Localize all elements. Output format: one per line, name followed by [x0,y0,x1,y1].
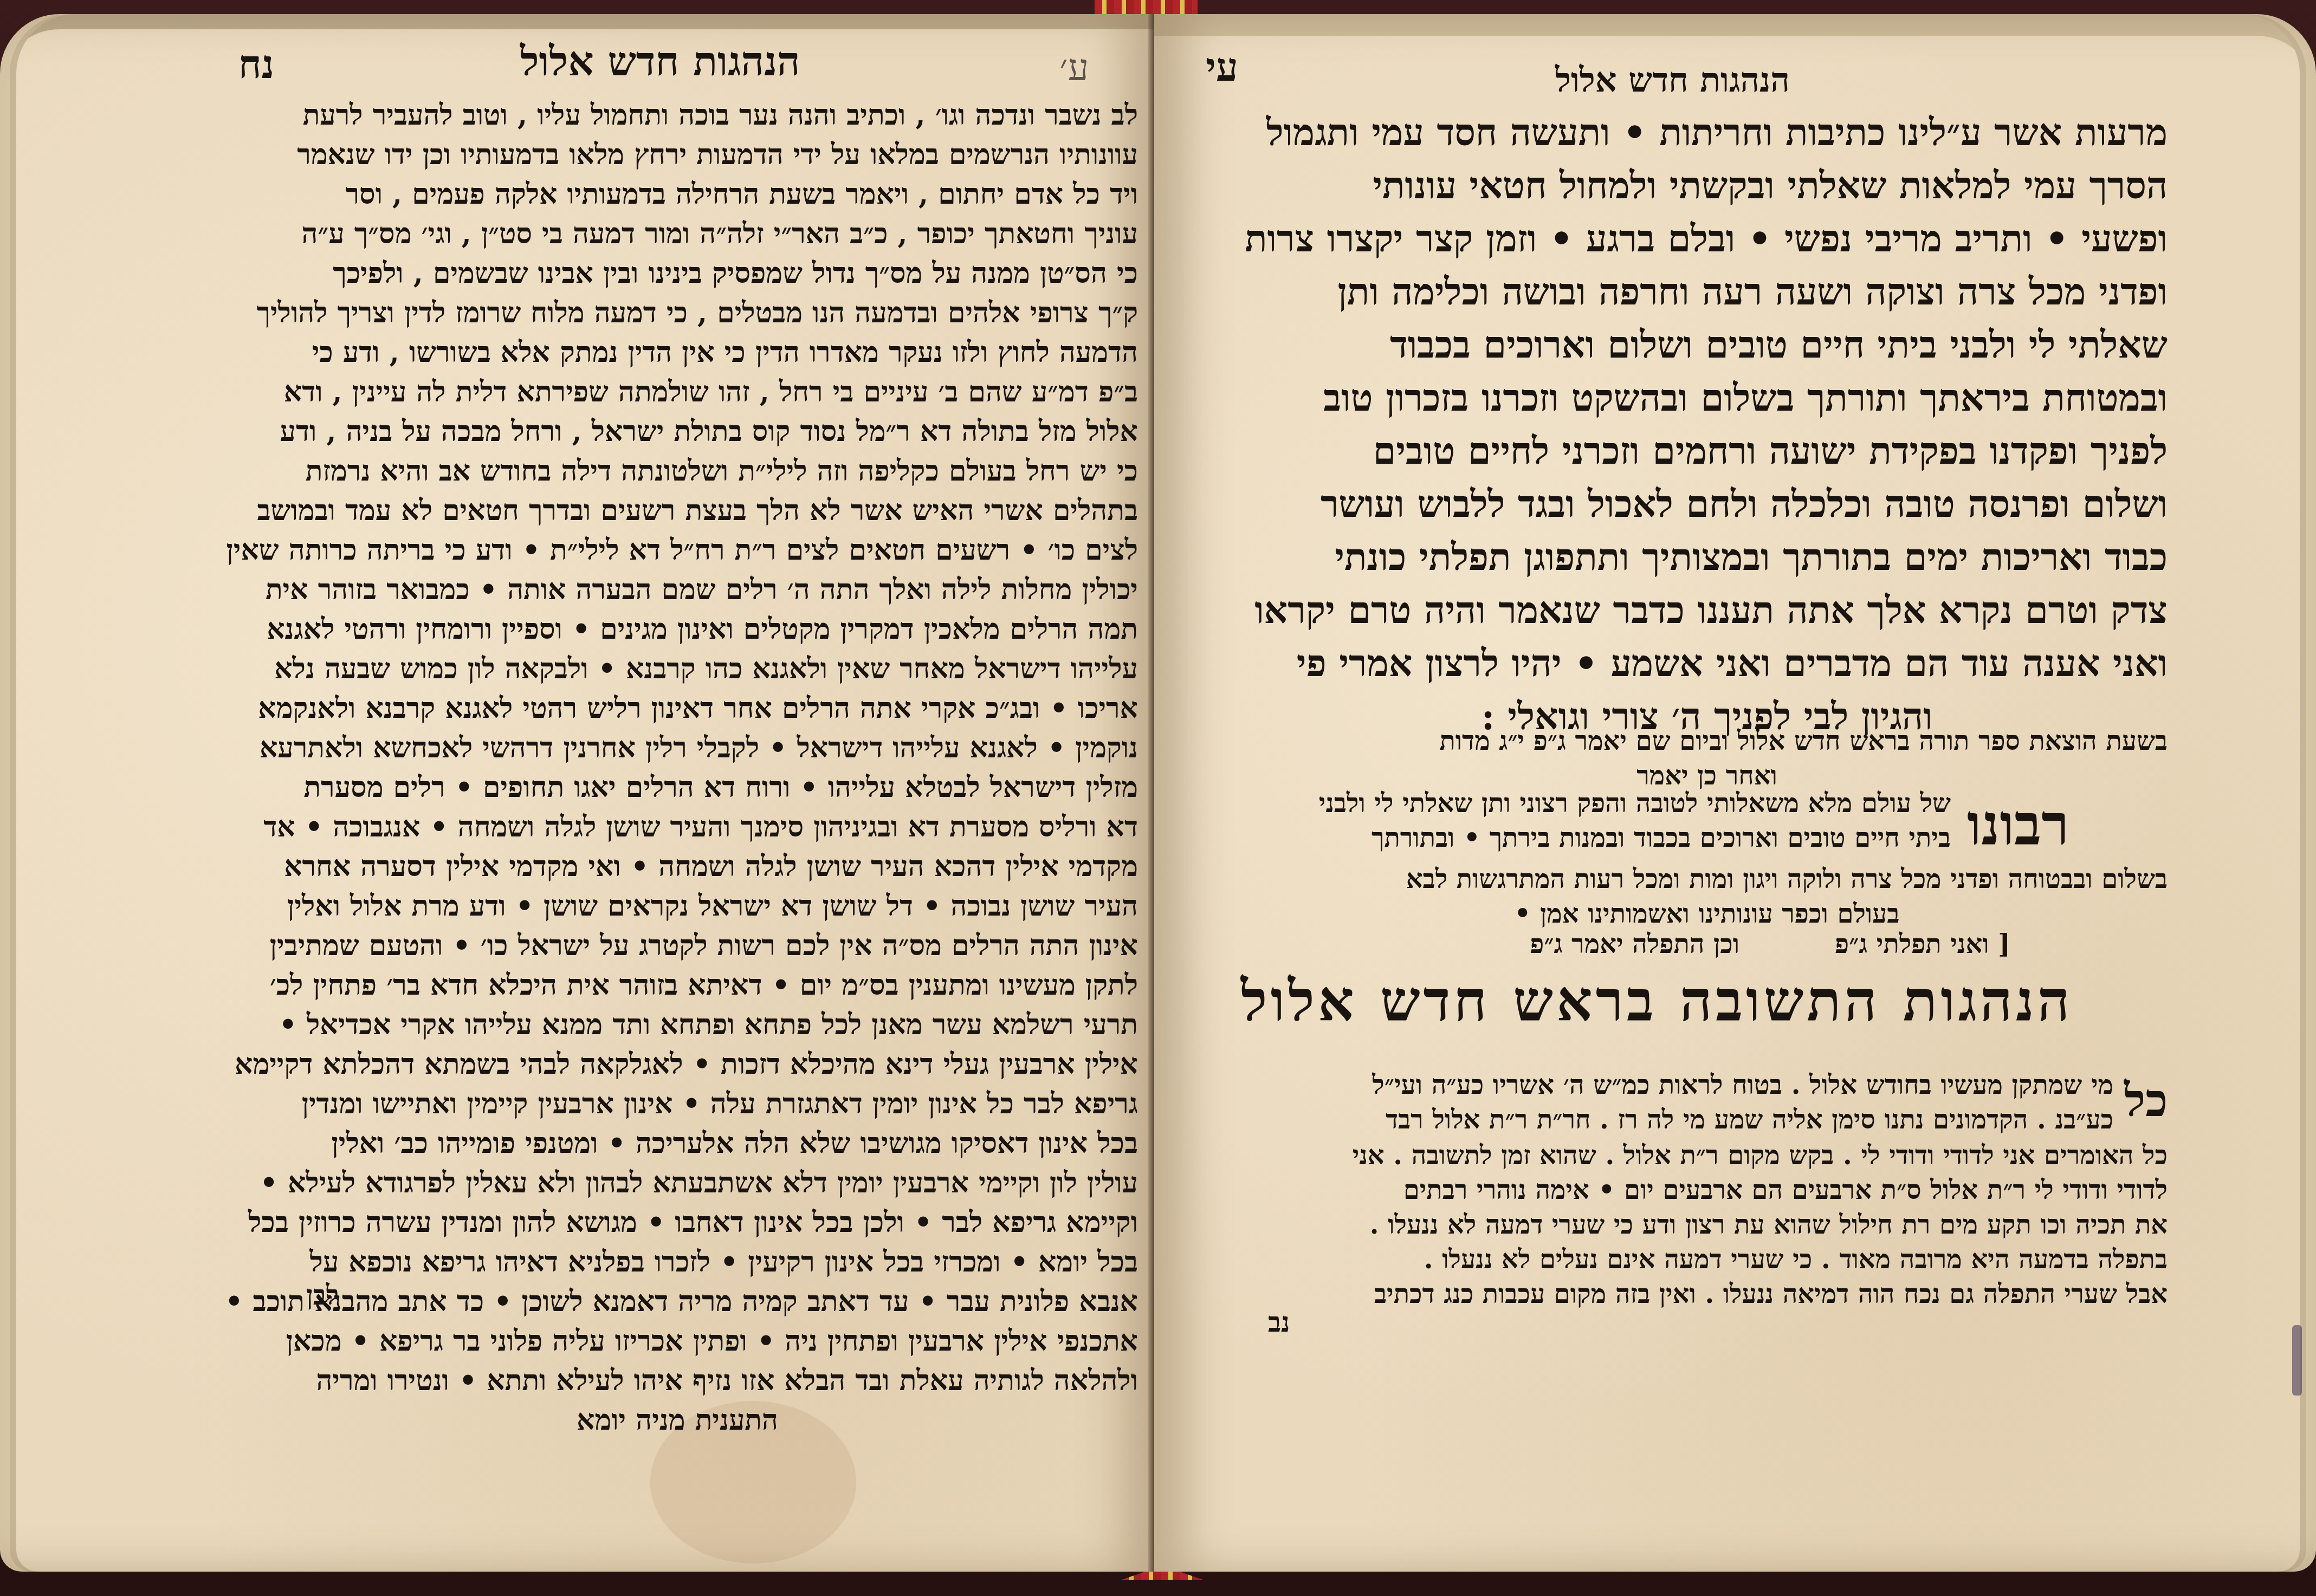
text-line: בכל אינון דאסיקו מגושיבו שלא הלה אלעריכה… [217,1124,1138,1163]
right-prayer-text: מרעות אשר ע״לינו כתיבות וחריתות • ותעשה … [1246,106,2168,743]
section-title: הנהגות התשובה בראש חדש אלול [1241,968,2073,1034]
text-line: וקיימא גריפא לבר • ולכן בכל אינון דאחבו … [217,1203,1138,1242]
left-body-text: לב נשבר ונדכה וגו׳ , וכתיב והנה נער בוכה… [217,95,1138,1440]
text-line: תרעי רשלמא עשר מאנן לכל פתחא ופתחא ותד מ… [217,1005,1138,1044]
text-line: ק״ך צרופי אלהים ובדמעה הנו מבטלים , כי ד… [217,293,1138,333]
text-line: עולין לון וקיימי ארבעין יומין דלא אשתבעת… [217,1163,1138,1203]
text-line: אתכנפי אילין ארבעין ופתחין ניה • ופתין א… [217,1321,1138,1361]
text-line: לב נשבר ונדכה וגו׳ , וכתיב והנה נער בוכה… [217,95,1138,135]
text-line: מי שמתקן מעשיו בחודש אלול . בטוח לראות כ… [1246,1068,2113,1102]
text-line-final: התענית מניה יומא [217,1400,1138,1440]
text-line: לצים כו׳ • רשעים חטאים לצים ר״ת רח״ל דא … [217,530,1138,570]
text-line: של עולם מלא משאלותי לטובה והפק רצוני ותן… [1246,786,1951,821]
text-line: העיר שושן נבוכה • דל שושן דא ישראל נקראי… [217,886,1138,926]
open-book: נח הנהגות חדש אלול ע׳ לב נשבר ונדכה וגו׳… [0,14,2316,1572]
text-line: אנבא פלונית עבר • עד דאתב קמיה מריה דאמנ… [217,1282,1138,1321]
text-line: את תכיה וכו תקע מים רת חילול שהוא עת רצו… [1246,1208,2168,1242]
left-folio-hebrew: נח [238,41,274,88]
text-line: ופשעי • ותריב מריבי נפשי • ובלם ברגע • ו… [1246,212,2168,265]
bracket-note-right: [ ואני תפלתי ג״פ [1767,927,2010,962]
text-line: שאלתי לי ולבני ביתי חיים טובים ושלום ואר… [1246,319,2168,372]
text-line: ובמטוחת ביראתך ותורתך בשלום ובהשקט וזכרנ… [1246,372,2168,425]
right-instruction-text: בשעת הוצאת ספר תורה בראש חדש אלול וביום … [1246,724,2168,793]
text-line: עלייהו דישראל מאחר שאין ולאגנא כהו קרבנא… [217,649,1138,689]
text-line: כע״בנ . הקדמונים נתנו סימן אליה שמע מי ל… [1246,1102,2113,1137]
ribono-text-a: של עולם מלא משאלותי לטובה והפק רצוני ותן… [1246,786,1951,855]
text-line: דא ורליס מסערת דא ובגיניהון סימנך והעיר … [217,807,1138,847]
text-line: ביתי חיים טובים וארוכים בכבוד ובמנות ביר… [1246,821,1951,855]
text-line: מקדמי אילין דהכא העיר שושן לגלה ושמחה • … [217,847,1138,886]
text-line: כל האומרים אני לדודי ודודי לי . בקש מקום… [1246,1138,2168,1173]
left-folio-handwritten: ע׳ [1059,47,1089,89]
text-line: הדמעה לחוץ ולזו נעקר מאדרו הדין כי אין ה… [217,333,1138,372]
text-line: עוניך וחטאתך יכופר , כ״ב האר״י זלה״ה ומו… [217,214,1138,254]
text-line: בתהלים אשרי האיש אשר לא הלך בעצת רשעים ו… [217,491,1138,530]
text-line: ופדני מכל צרה וצוקה ושעה רעה וחרפה ובושה… [1246,265,2168,319]
ribono-text-b: בשלום ובבטוחה ופדני מכל צרה ולוקה ויגון … [1246,862,2168,931]
text-line: וכן התפלה יאמר ג״פ ] [1523,927,1739,962]
text-line: מזלין דישראל לבטלא עלייהו • ורוח דא הרלי… [217,768,1138,807]
text-line: נוקמין • לאגנא עלייהו דישראל • לקבלי רלי… [217,728,1138,768]
text-line: תמה הרלים מלאכין דמקרין מקטלים ואינון מג… [217,609,1138,649]
text-line: בשעת הוצאת ספר תורה בראש חדש אלול וביום … [1246,724,2168,758]
text-line: הסרך עמי למלאות שאלתי ובקשתי ולמחול חטאי… [1246,159,2168,212]
section-body-text: מי שמתקן מעשיו בחודש אלול . בטוח לראות כ… [1246,1068,2113,1137]
edge-ink-mark [2292,1325,2302,1396]
text-line: אבל שערי התפלה גם נכח הוה דמיאה ננעלו . … [1246,1277,2168,1312]
text-line: כי יש רחל בעולם כקליפה וזה לילי״ת ושלטונ… [217,451,1138,491]
text-line: ואני אענה עוד הם מדברים ואני אשמע • יהיו… [1246,637,2168,690]
text-line: לדודי ודודי לי ר״ת אלול ס״ת ארבעים הם אר… [1246,1173,2168,1208]
text-line: אריכו • ובג״כ אקרי אתה הרלים אחר דאינון … [217,689,1138,728]
text-line: ושלום ופרנסה טובה וכלכלה ולחם לאכול ובגד… [1246,478,2168,531]
text-line: לפניך ופקדנו בפקידת ישועה ורחמים וזכרני … [1246,425,2168,478]
left-page: נח הנהגות חדש אלול ע׳ לב נשבר ונדכה וגו׳… [0,14,1154,1572]
left-running-head: הנהגות חדש אלול [520,38,800,86]
bracket-note-left: וכן התפלה יאמר ג״פ ] [1523,927,1739,962]
text-line: אלול מזל בתולה דא ר״מל נסוד קוס בתולת יש… [217,412,1138,451]
text-line: גריפא לבר כל אינון יומין דאתגזרת עלה • א… [217,1084,1138,1124]
book-photo-background: נח הנהגות חדש אלול ע׳ לב נשבר ונדכה וגו׳… [0,0,2316,1596]
right-folio-handwritten: עי [1206,44,1238,90]
text-line: אילין ארבעין געלי דינא מהיכלא דזכות • לא… [217,1044,1138,1084]
right-catchword: נב [1268,1306,1290,1338]
text-line: כבוד ואריכות ימים בתורתך ובמצותיך ותתפוג… [1246,531,2168,584]
text-line: ב״פ דמ״ע שהם ב׳ עיניים בי רחל , זהו שולמ… [217,372,1138,412]
text-line: בעולם וכפר עונותינו ואשמותינו אמן • [1246,897,2168,931]
text-line: ויד כל אדם יחתום , ויאמר בשעת הרחילה בדמ… [217,174,1138,214]
ribono-drop-word: רבונו [1967,791,2069,858]
text-line: [ ואני תפלתי ג״פ [1767,927,2010,962]
text-line: יכולין מחלות לילה ואלך התה ה׳ רלים שמם ה… [217,570,1138,609]
left-catchword: לבן [306,1279,339,1311]
text-line: בתפלה בדמעה היא מרובה מאוד . כי שערי דמע… [1246,1242,2168,1277]
section-drop-word: כל [2124,1073,2168,1127]
section-body-text-2: כל האומרים אני לדודי ודודי לי . בקש מקום… [1246,1138,2168,1312]
right-running-head: הנהגות חדש אלול [1555,60,1790,100]
text-line: לתקן מעשינו ומתענין בס״מ יום • דאיתא בזו… [217,965,1138,1005]
text-line: אינון התה הרלים מס״ה אין לכם רשות לקטרג … [217,926,1138,965]
right-page: עי הנהגות חדש אלול מרעות אשר ע״לינו כתיב… [1154,14,2316,1572]
text-line: עוונותיו הנרשמים במלאו על ידי הדמעות ירח… [217,135,1138,174]
text-line: צדק וטרם נקרא אלך אתה תעננו כדבר שנאמר ו… [1246,584,2168,637]
headband-top [1095,0,1198,15]
text-line: ולהלאה לגותיה עאלת ובד הבלא אזו נזיף איה… [217,1361,1138,1400]
text-line: מרעות אשר ע״לינו כתיבות וחריתות • ותעשה … [1246,106,2168,159]
text-line: בשלום ובבטוחה ופדני מכל צרה ולוקה ויגון … [1246,862,2168,897]
text-line: כי הס״טן ממנה על מס״ך נדול שמפסיק בינינו… [217,254,1138,293]
text-line: בכל יומא • ומכרזי בכל אינון רקיעין • לזכ… [217,1242,1138,1282]
